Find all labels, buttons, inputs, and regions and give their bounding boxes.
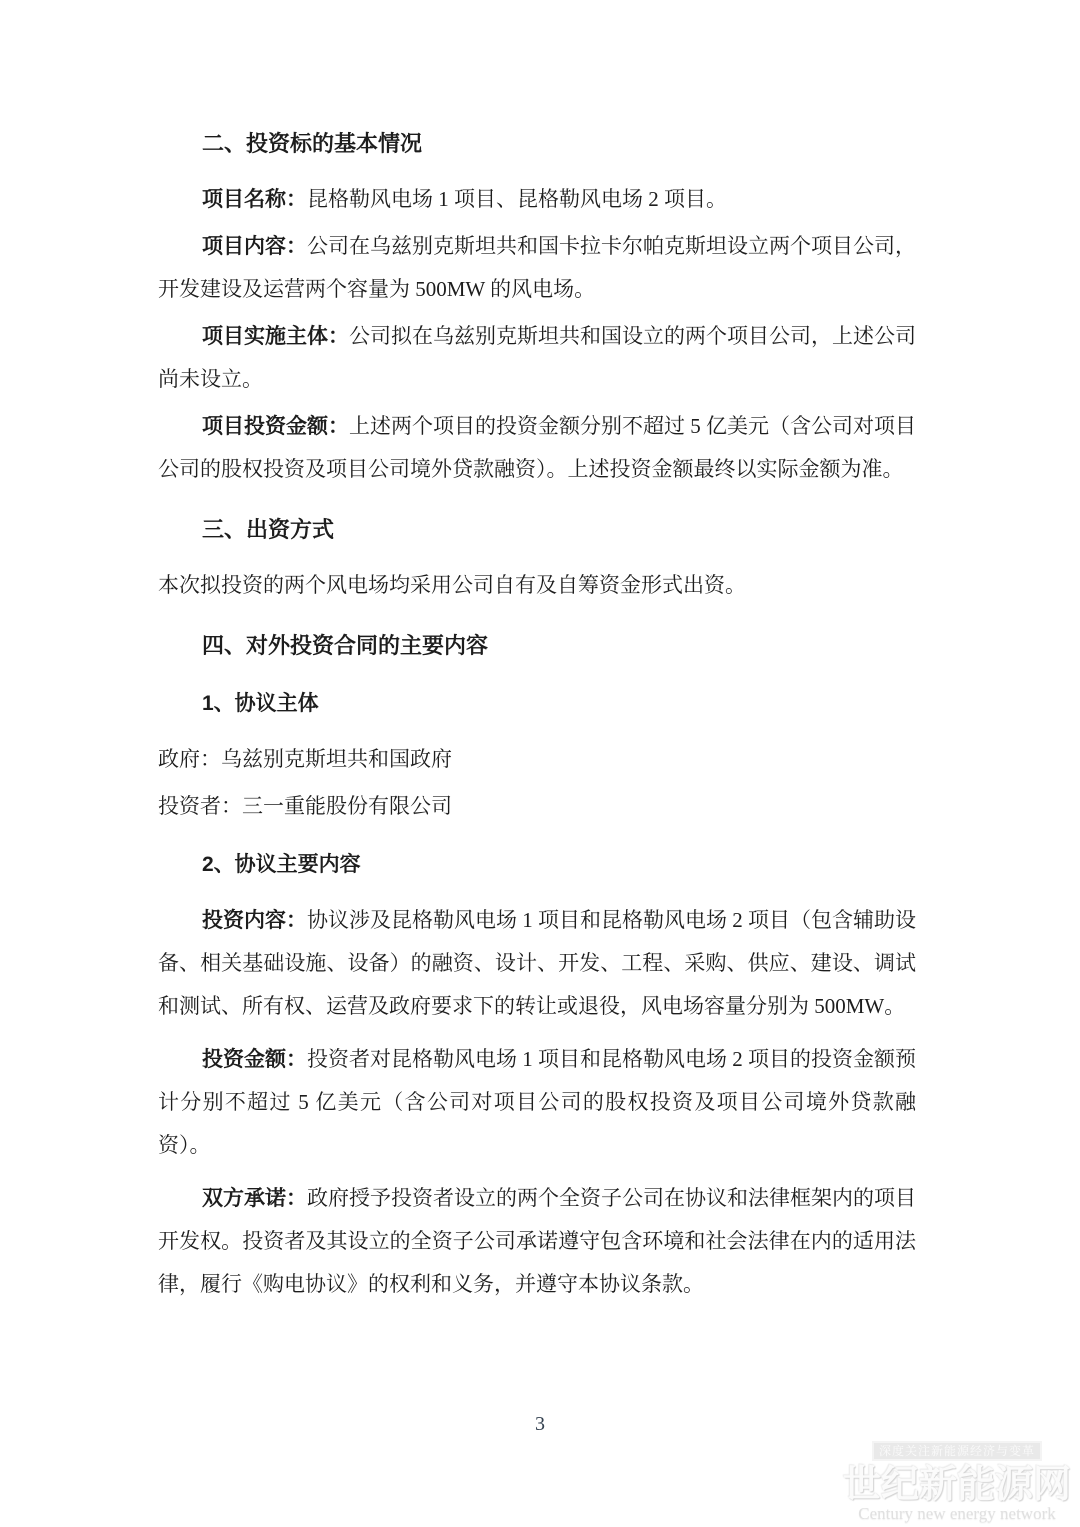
line-investor: 投资者：三一重能股份有限公司 xyxy=(158,785,916,828)
paragraph-project-amount: 项目投资金额：上述两个项目的投资金额分别不超过 5 亿美元（含公司对项目公司的股… xyxy=(158,405,916,491)
paragraph-project-content: 项目内容：公司在乌兹别克斯坦共和国卡拉卡尔帕克斯坦设立两个项目公司，开发建设及运… xyxy=(158,225,916,311)
section-4-heading: 四、对外投资合同的主要内容 xyxy=(158,624,916,667)
watermark: 深度关注新能源经济与变革 世纪新能源网 Century new energy n… xyxy=(839,1441,1075,1523)
section-3-heading: 三、出资方式 xyxy=(158,508,916,551)
page-number: 3 xyxy=(0,1412,1080,1436)
section-4-2-heading: 2、协议主要内容 xyxy=(158,843,916,886)
paragraph-label: 双方承诺： xyxy=(202,1186,307,1210)
line-government: 政府：乌兹别克斯坦共和国政府 xyxy=(158,738,916,781)
paragraph-investment-amount: 投资金额：投资者对昆格勒风电场 1 项目和昆格勒风电场 2 项目的投资金额预计分… xyxy=(158,1038,916,1167)
document-body: 二、投资标的基本情况 项目名称：昆格勒风电场 1 项目、昆格勒风电场 2 项目。… xyxy=(158,122,916,1306)
paragraph-label: 项目投资金额： xyxy=(202,414,349,438)
paragraph-funding-method: 本次拟投资的两个风电场均采用公司自有及自筹资金形式出资。 xyxy=(158,564,916,607)
document-page: 二、投资标的基本情况 项目名称：昆格勒风电场 1 项目、昆格勒风电场 2 项目。… xyxy=(0,0,1080,1527)
paragraph-investment-content: 投资内容：协议涉及昆格勒风电场 1 项目和昆格勒风电场 2 项目（包含辅助设备、… xyxy=(158,899,916,1028)
paragraph-label: 投资内容： xyxy=(202,908,307,932)
watermark-slogan-badge: 深度关注新能源经济与变革 xyxy=(872,1441,1042,1461)
paragraph-text: 昆格勒风电场 1 项目、昆格勒风电场 2 项目。 xyxy=(307,187,727,211)
paragraph-label: 项目名称： xyxy=(202,187,307,211)
paragraph-project-name: 项目名称：昆格勒风电场 1 项目、昆格勒风电场 2 项目。 xyxy=(158,178,916,221)
paragraph-label: 项目实施主体： xyxy=(202,324,349,348)
watermark-site-name: 世纪新能源网 xyxy=(843,1463,1071,1507)
paragraph-label: 投资金额： xyxy=(202,1047,307,1071)
paragraph-mutual-commitment: 双方承诺：政府授予投资者设立的两个全资子公司在协议和法律框架内的项目开发权。投资… xyxy=(158,1177,916,1306)
section-4-1-heading: 1、协议主体 xyxy=(158,682,916,725)
paragraph-label: 项目内容： xyxy=(202,234,307,258)
paragraph-project-entity: 项目实施主体：公司拟在乌兹别克斯坦共和国设立的两个项目公司，上述公司尚未设立。 xyxy=(158,315,916,401)
section-2-heading: 二、投资标的基本情况 xyxy=(158,122,916,165)
watermark-site-name-en: Century new energy network xyxy=(858,1505,1056,1523)
